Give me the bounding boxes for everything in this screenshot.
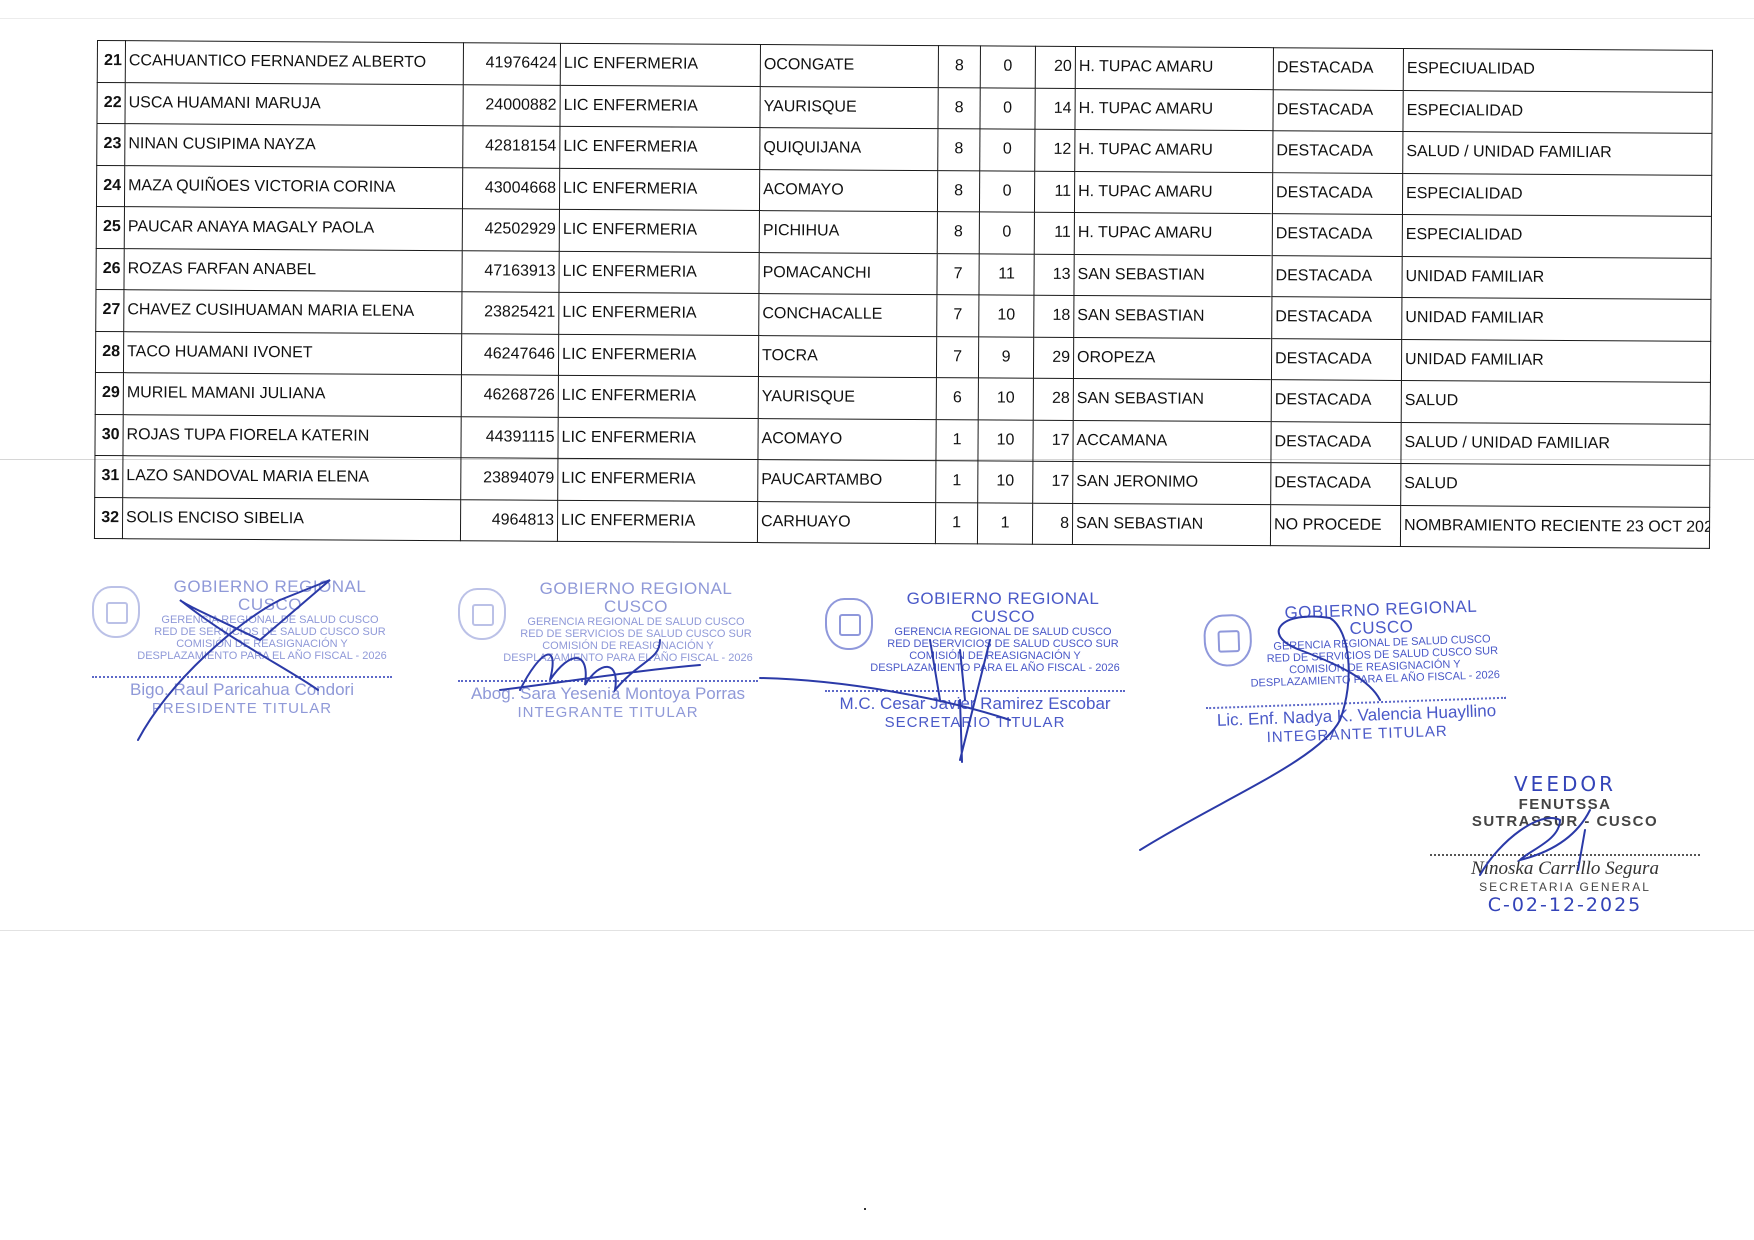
destination: H. TUPAC AMARU xyxy=(1074,212,1272,255)
handwritten-title: VEEDOR xyxy=(1430,772,1700,796)
days: 17 xyxy=(1033,461,1073,503)
dni: 47163913 xyxy=(462,250,559,292)
months: 11 xyxy=(979,253,1034,295)
status: DESTACADA xyxy=(1272,297,1402,339)
years: 6 xyxy=(936,378,978,420)
reassignment-table: 21 CCAHUANTICO FERNANDEZ ALBERTO 4197642… xyxy=(94,40,1713,549)
destination: SAN SEBASTIAN xyxy=(1073,378,1271,421)
origin-location: POMACANCHI xyxy=(759,252,937,295)
scan-line-top xyxy=(0,18,1754,19)
days: 29 xyxy=(1033,337,1073,379)
years: 8 xyxy=(938,129,980,171)
signature-line xyxy=(1430,854,1700,856)
status: DESTACADA xyxy=(1271,338,1401,380)
years: 7 xyxy=(936,336,978,378)
employee-name: MURIEL MAMANI JULIANA xyxy=(123,373,461,417)
profession: LIC ENFERMERIA xyxy=(560,43,760,86)
months: 10 xyxy=(978,461,1033,503)
profession: LIC ENFERMERIA xyxy=(557,500,757,543)
dni: 24000882 xyxy=(463,84,560,126)
union-org: FENUTSSA xyxy=(1430,796,1700,813)
signer-name: Abog. Sara Yesenia Montoya Porras xyxy=(458,684,758,704)
row-number: 23 xyxy=(97,124,125,166)
days: 14 xyxy=(1035,88,1075,130)
row-number: 30 xyxy=(95,414,123,456)
profession: LIC ENFERMERIA xyxy=(559,168,759,211)
profession: LIC ENFERMERIA xyxy=(560,85,760,128)
row-number: 26 xyxy=(96,248,124,290)
days: 17 xyxy=(1033,420,1073,462)
roster-table-container: 21 CCAHUANTICO FERNANDEZ ALBERTO 4197642… xyxy=(94,40,1712,549)
status: DESTACADA xyxy=(1271,463,1401,505)
peru-coat-of-arms-icon xyxy=(458,588,506,640)
stamp-org: GOBIERNO REGIONAL CUSCO xyxy=(148,578,392,614)
union-observer-block: VEEDOR FENUTSSA SUTRASSUR - CUSCO Ninosk… xyxy=(1430,772,1700,916)
origin-location: CONCHACALLE xyxy=(759,294,937,337)
destination: H. TUPAC AMARU xyxy=(1075,88,1273,131)
months: 0 xyxy=(980,129,1035,171)
years: 8 xyxy=(937,170,979,212)
years: 7 xyxy=(937,253,979,295)
profession: LIC ENFERMERIA xyxy=(559,251,759,294)
employee-name: LAZO SANDOVAL MARIA ELENA xyxy=(123,456,461,500)
signer-role: INTEGRANTE TITULAR xyxy=(458,704,758,721)
reason: SALUD xyxy=(1401,463,1710,506)
months: 0 xyxy=(979,212,1034,254)
row-number: 29 xyxy=(95,372,123,414)
signature-line xyxy=(458,680,758,682)
profession: LIC ENFERMERIA xyxy=(559,209,759,252)
days: 11 xyxy=(1034,171,1074,213)
row-number: 25 xyxy=(96,206,124,248)
signer-role: PRESIDENTE TITULAR xyxy=(92,700,392,717)
origin-location: PAUCARTAMBO xyxy=(758,460,936,503)
stamp-line: GERENCIA REGIONAL DE SALUD CUSCO xyxy=(881,626,1125,638)
reason: SALUD xyxy=(1401,380,1710,423)
profession: LIC ENFERMERIA xyxy=(559,292,759,335)
employee-name: USCA HUAMANI MARUJA xyxy=(125,82,463,126)
destination: SAN SEBASTIAN xyxy=(1072,503,1270,546)
days: 8 xyxy=(1032,503,1072,545)
peru-coat-of-arms-icon xyxy=(1203,614,1253,668)
months: 1 xyxy=(977,502,1032,544)
destination: SAN SEBASTIAN xyxy=(1074,254,1272,297)
row-number: 22 xyxy=(97,82,125,124)
days: 18 xyxy=(1034,295,1074,337)
reason: ESPECIALIDAD xyxy=(1403,90,1712,133)
peru-coat-of-arms-icon xyxy=(92,586,140,638)
signer-name: Bigo. Raul Paricahua Condori xyxy=(92,680,392,700)
origin-location: QUIQUIJANA xyxy=(760,128,938,171)
status: DESTACADA xyxy=(1272,214,1402,256)
stamp-line: RED DE SERVICIOS DE SALUD CUSCO SUR xyxy=(148,626,392,638)
stamp-member-2: GOBIERNO REGIONAL CUSCO GERENCIA REGIONA… xyxy=(1203,597,1508,748)
years: 8 xyxy=(938,87,980,129)
employee-name: ROJAS TUPA FIORELA KATERIN xyxy=(123,414,461,458)
dni: 42502929 xyxy=(462,209,559,251)
reason: ESPECIUALIDAD xyxy=(1403,48,1712,91)
destination: H. TUPAC AMARU xyxy=(1075,129,1273,172)
dni: 4964813 xyxy=(460,499,557,541)
destination: H. TUPAC AMARU xyxy=(1074,171,1272,214)
profession: LIC ENFERMERIA xyxy=(560,126,760,169)
years: 1 xyxy=(936,419,978,461)
dni: 44391115 xyxy=(461,416,558,458)
table-row: 32 SOLIS ENCISO SIBELIA 4964813 LIC ENFE… xyxy=(94,497,1709,548)
profession: LIC ENFERMERIA xyxy=(558,417,758,460)
months: 0 xyxy=(979,170,1034,212)
signer-role: SECRETARIA GENERAL xyxy=(1430,880,1700,894)
stamp-line: RED DE SERVICIOS DE SALUD CUSCO SUR xyxy=(514,628,758,640)
days: 11 xyxy=(1034,212,1074,254)
reason: SALUD / UNIDAD FAMILIAR xyxy=(1403,131,1712,174)
reason: SALUD / UNIDAD FAMILIAR xyxy=(1401,422,1710,465)
dni: 42818154 xyxy=(463,126,560,168)
row-number: 31 xyxy=(95,455,123,497)
union-org: SUTRASSUR - CUSCO xyxy=(1430,813,1700,830)
stamp-president: GOBIERNO REGIONAL CUSCO GERENCIA REGIONA… xyxy=(92,578,392,717)
status: DESTACADA xyxy=(1272,255,1402,297)
status: DESTACADA xyxy=(1273,131,1403,173)
row-number: 21 xyxy=(97,41,125,83)
stamp-line: DESPLAZAMIENTO PARA EL AÑO FISCAL - 2026 xyxy=(498,652,758,664)
months: 0 xyxy=(980,87,1035,129)
years: 8 xyxy=(938,46,980,88)
stamp-org: GOBIERNO REGIONAL CUSCO xyxy=(881,590,1125,626)
dni: 46268726 xyxy=(461,375,558,417)
stamp-line: DESPLAZAMIENTO PARA EL AÑO FISCAL - 2026 xyxy=(132,650,392,662)
days: 13 xyxy=(1034,254,1074,296)
row-number: 27 xyxy=(96,289,124,331)
origin-location: OCONGATE xyxy=(760,45,938,88)
row-number: 28 xyxy=(95,331,123,373)
stamp-line: DESPLAZAMIENTO PARA EL AÑO FISCAL - 2026 xyxy=(865,662,1125,674)
destination: H. TUPAC AMARU xyxy=(1075,46,1273,89)
dni: 23894079 xyxy=(461,458,558,500)
row-number: 24 xyxy=(96,165,124,207)
row-number: 32 xyxy=(94,497,122,539)
status: NO PROCEDE xyxy=(1270,504,1400,546)
employee-name: CHAVEZ CUSIHUAMAN MARIA ELENA xyxy=(124,290,462,334)
profession: LIC ENFERMERIA xyxy=(558,458,758,501)
status: DESTACADA xyxy=(1273,89,1403,131)
stamp-line: RED DE SERVICIOS DE SALUD CUSCO SUR xyxy=(881,638,1125,650)
destination: SAN JERONIMO xyxy=(1073,461,1271,504)
reason: ESPECIALIDAD xyxy=(1402,214,1711,257)
days: 28 xyxy=(1033,378,1073,420)
employee-name: PAUCAR ANAYA MAGALY PAOLA xyxy=(124,207,462,251)
signer-name: M.C. Cesar Javier Ramirez Escobar xyxy=(825,694,1125,714)
reason: UNIDAD FAMILIAR xyxy=(1402,256,1711,299)
days: 12 xyxy=(1035,129,1075,171)
employee-name: NINAN CUSIPIMA NAYZA xyxy=(125,124,463,168)
stamp-org: GOBIERNO REGIONAL CUSCO xyxy=(514,580,758,616)
stamp-member-1: GOBIERNO REGIONAL CUSCO GERENCIA REGIONA… xyxy=(458,580,758,721)
reason: UNIDAD FAMILIAR xyxy=(1401,339,1710,382)
dni: 41976424 xyxy=(463,43,560,85)
peru-coat-of-arms-icon xyxy=(825,598,873,650)
scan-speck xyxy=(864,1208,866,1210)
handwritten-date: C-02-12-2025 xyxy=(1430,894,1700,916)
days: 20 xyxy=(1035,46,1075,88)
reason: NOMBRAMIENTO RECIENTE 23 OCT 2024 xyxy=(1400,505,1709,548)
months: 9 xyxy=(978,336,1033,378)
dni: 46247646 xyxy=(461,333,558,375)
years: 1 xyxy=(935,502,977,544)
signer-role: SECRETARIO TITULAR xyxy=(825,714,1125,731)
stamp-line: COMISIÓN DE REASIGNACIÓN Y xyxy=(498,640,758,652)
years: 8 xyxy=(937,212,979,254)
stamp-line: GERENCIA REGIONAL DE SALUD CUSCO xyxy=(514,616,758,628)
years: 1 xyxy=(936,461,978,503)
stamp-line: COMISIÓN DE REASIGNACIÓN Y xyxy=(132,638,392,650)
scan-line-bottom xyxy=(0,930,1754,931)
stamp-line: GERENCIA REGIONAL DE SALUD CUSCO xyxy=(148,614,392,626)
signer-name: Ninoska Carrillo Segura xyxy=(1430,858,1700,880)
origin-location: YAURISQUE xyxy=(760,86,938,129)
employee-name: CCAHUANTICO FERNANDEZ ALBERTO xyxy=(125,41,463,85)
months: 10 xyxy=(978,419,1033,461)
status: DESTACADA xyxy=(1273,48,1403,90)
years: 7 xyxy=(937,295,979,337)
reason: ESPECIALIDAD xyxy=(1402,173,1711,216)
origin-location: CARHUAYO xyxy=(757,501,935,544)
dni: 23825421 xyxy=(462,292,559,334)
months: 10 xyxy=(978,378,1033,420)
stamp-line: COMISIÓN DE REASIGNACIÓN Y xyxy=(865,650,1125,662)
months: 10 xyxy=(979,295,1034,337)
employee-name: ROZAS FARFAN ANABEL xyxy=(124,248,462,292)
profession: LIC ENFERMERIA xyxy=(558,334,758,377)
status: DESTACADA xyxy=(1271,421,1401,463)
origin-location: ACOMAYO xyxy=(758,418,936,461)
employee-name: MAZA QUIÑOES VICTORIA CORINA xyxy=(124,165,462,209)
status: DESTACADA xyxy=(1271,380,1401,422)
destination: OROPEZA xyxy=(1073,337,1271,380)
origin-location: YAURISQUE xyxy=(758,377,936,420)
signature-line xyxy=(825,690,1125,692)
reason: UNIDAD FAMILIAR xyxy=(1402,297,1711,340)
dni: 43004668 xyxy=(462,167,559,209)
employee-name: TACO HUAMANI IVONET xyxy=(123,331,461,375)
signature-line xyxy=(92,676,392,678)
months: 0 xyxy=(980,46,1035,88)
destination: ACCAMANA xyxy=(1073,420,1271,463)
status: DESTACADA xyxy=(1272,172,1402,214)
destination: SAN SEBASTIAN xyxy=(1074,295,1272,338)
employee-name: SOLIS ENCISO SIBELIA xyxy=(122,497,460,541)
origin-location: TOCRA xyxy=(758,335,936,378)
origin-location: ACOMAYO xyxy=(759,169,937,212)
stamp-secretary: GOBIERNO REGIONAL CUSCO GERENCIA REGIONA… xyxy=(825,590,1125,731)
profession: LIC ENFERMERIA xyxy=(558,375,758,418)
origin-location: PICHIHUA xyxy=(759,211,937,254)
